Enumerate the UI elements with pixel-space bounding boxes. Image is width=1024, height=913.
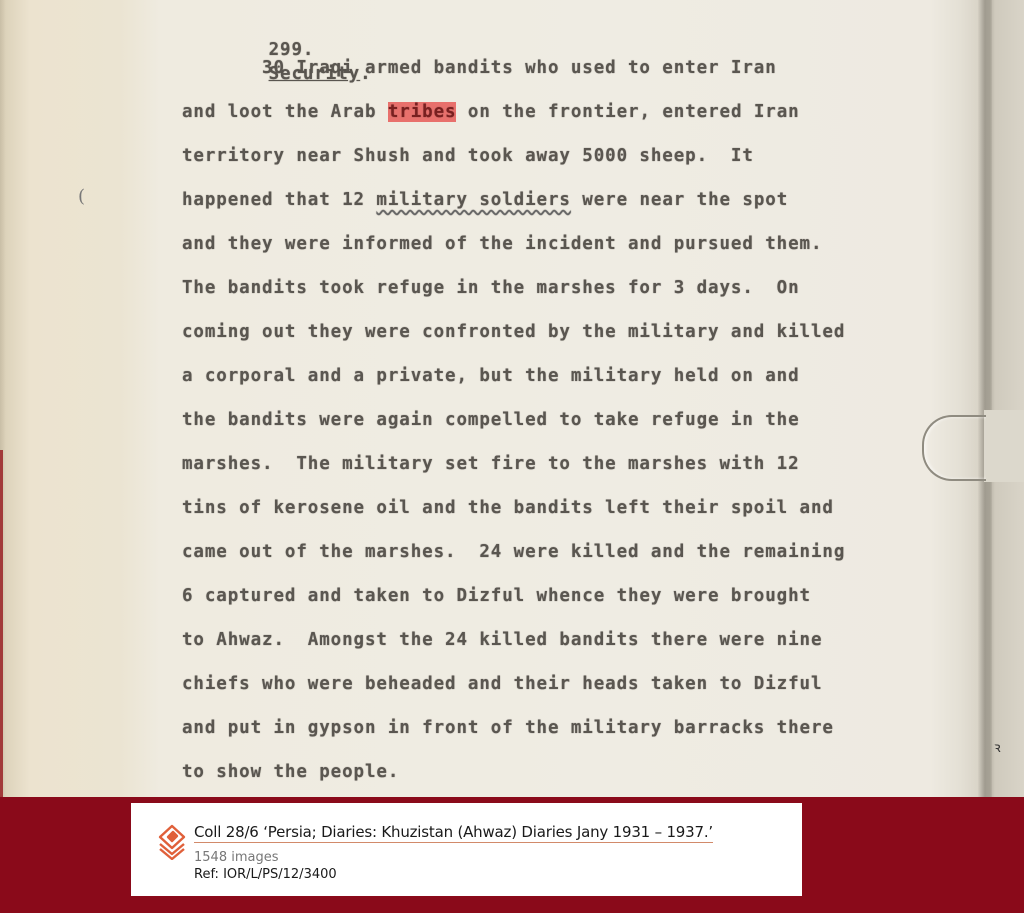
text-line: came out of the marshes. 24 were killed … (182, 540, 845, 564)
collection-reference: Ref: IOR/L/PS/12/3400 (194, 867, 337, 882)
text-line: and put in gypson in front of the milita… (182, 716, 834, 740)
text-line: to show the people. (182, 760, 399, 784)
margin-mark: ( (78, 186, 85, 207)
image-count: 1548 images (194, 850, 278, 865)
text-line: territory near Shush and took away 5000 … (182, 144, 754, 168)
highlighted-search-term: tribes (388, 102, 457, 122)
text-line: The bandits took refuge in the marshes f… (182, 276, 800, 300)
left-edge-strip (0, 450, 3, 797)
collection-caption: Coll 28/6 ‘Persia; Diaries: Khuzistan (A… (131, 803, 802, 896)
edge-annotation: ꝛ (994, 738, 1001, 757)
text-line: marshes. The military set fire to the ma… (182, 452, 800, 476)
text-line: 30 Iraqi armed bandits who used to enter… (182, 56, 777, 80)
text-line: tins of kerosene oil and the bandits lef… (182, 496, 834, 520)
text-line: happened that 12 military soldiers were … (182, 188, 788, 212)
text-line: coming out they were confronted by the m… (182, 320, 845, 344)
text-line: and loot the Arab tribes on the frontier… (182, 100, 800, 124)
text-line: chiefs who were beheaded and their heads… (182, 672, 822, 696)
stacked-documents-icon (158, 824, 186, 860)
document-scan: ( ꝛ 299. Security. 30 Iraqi armed bandit… (0, 0, 1024, 797)
text-line: to Ahwaz. Amongst the 24 killed bandits … (182, 628, 822, 652)
binder-tab (984, 410, 1024, 482)
paper-clip-icon (922, 415, 986, 481)
binding-fold (978, 0, 992, 797)
text-line: 6 captured and taken to Dizful whence th… (182, 584, 811, 608)
section-heading: 299. Security. (200, 14, 372, 38)
text-line: a corporal and a private, but the milita… (182, 364, 800, 388)
text-line: and they were informed of the incident a… (182, 232, 822, 256)
text-line: the bandits were again compelled to take… (182, 408, 800, 432)
hand-underlined-phrase: military soldiers (376, 190, 570, 210)
collection-title-link[interactable]: Coll 28/6 ‘Persia; Diaries: Khuzistan (A… (194, 823, 713, 843)
